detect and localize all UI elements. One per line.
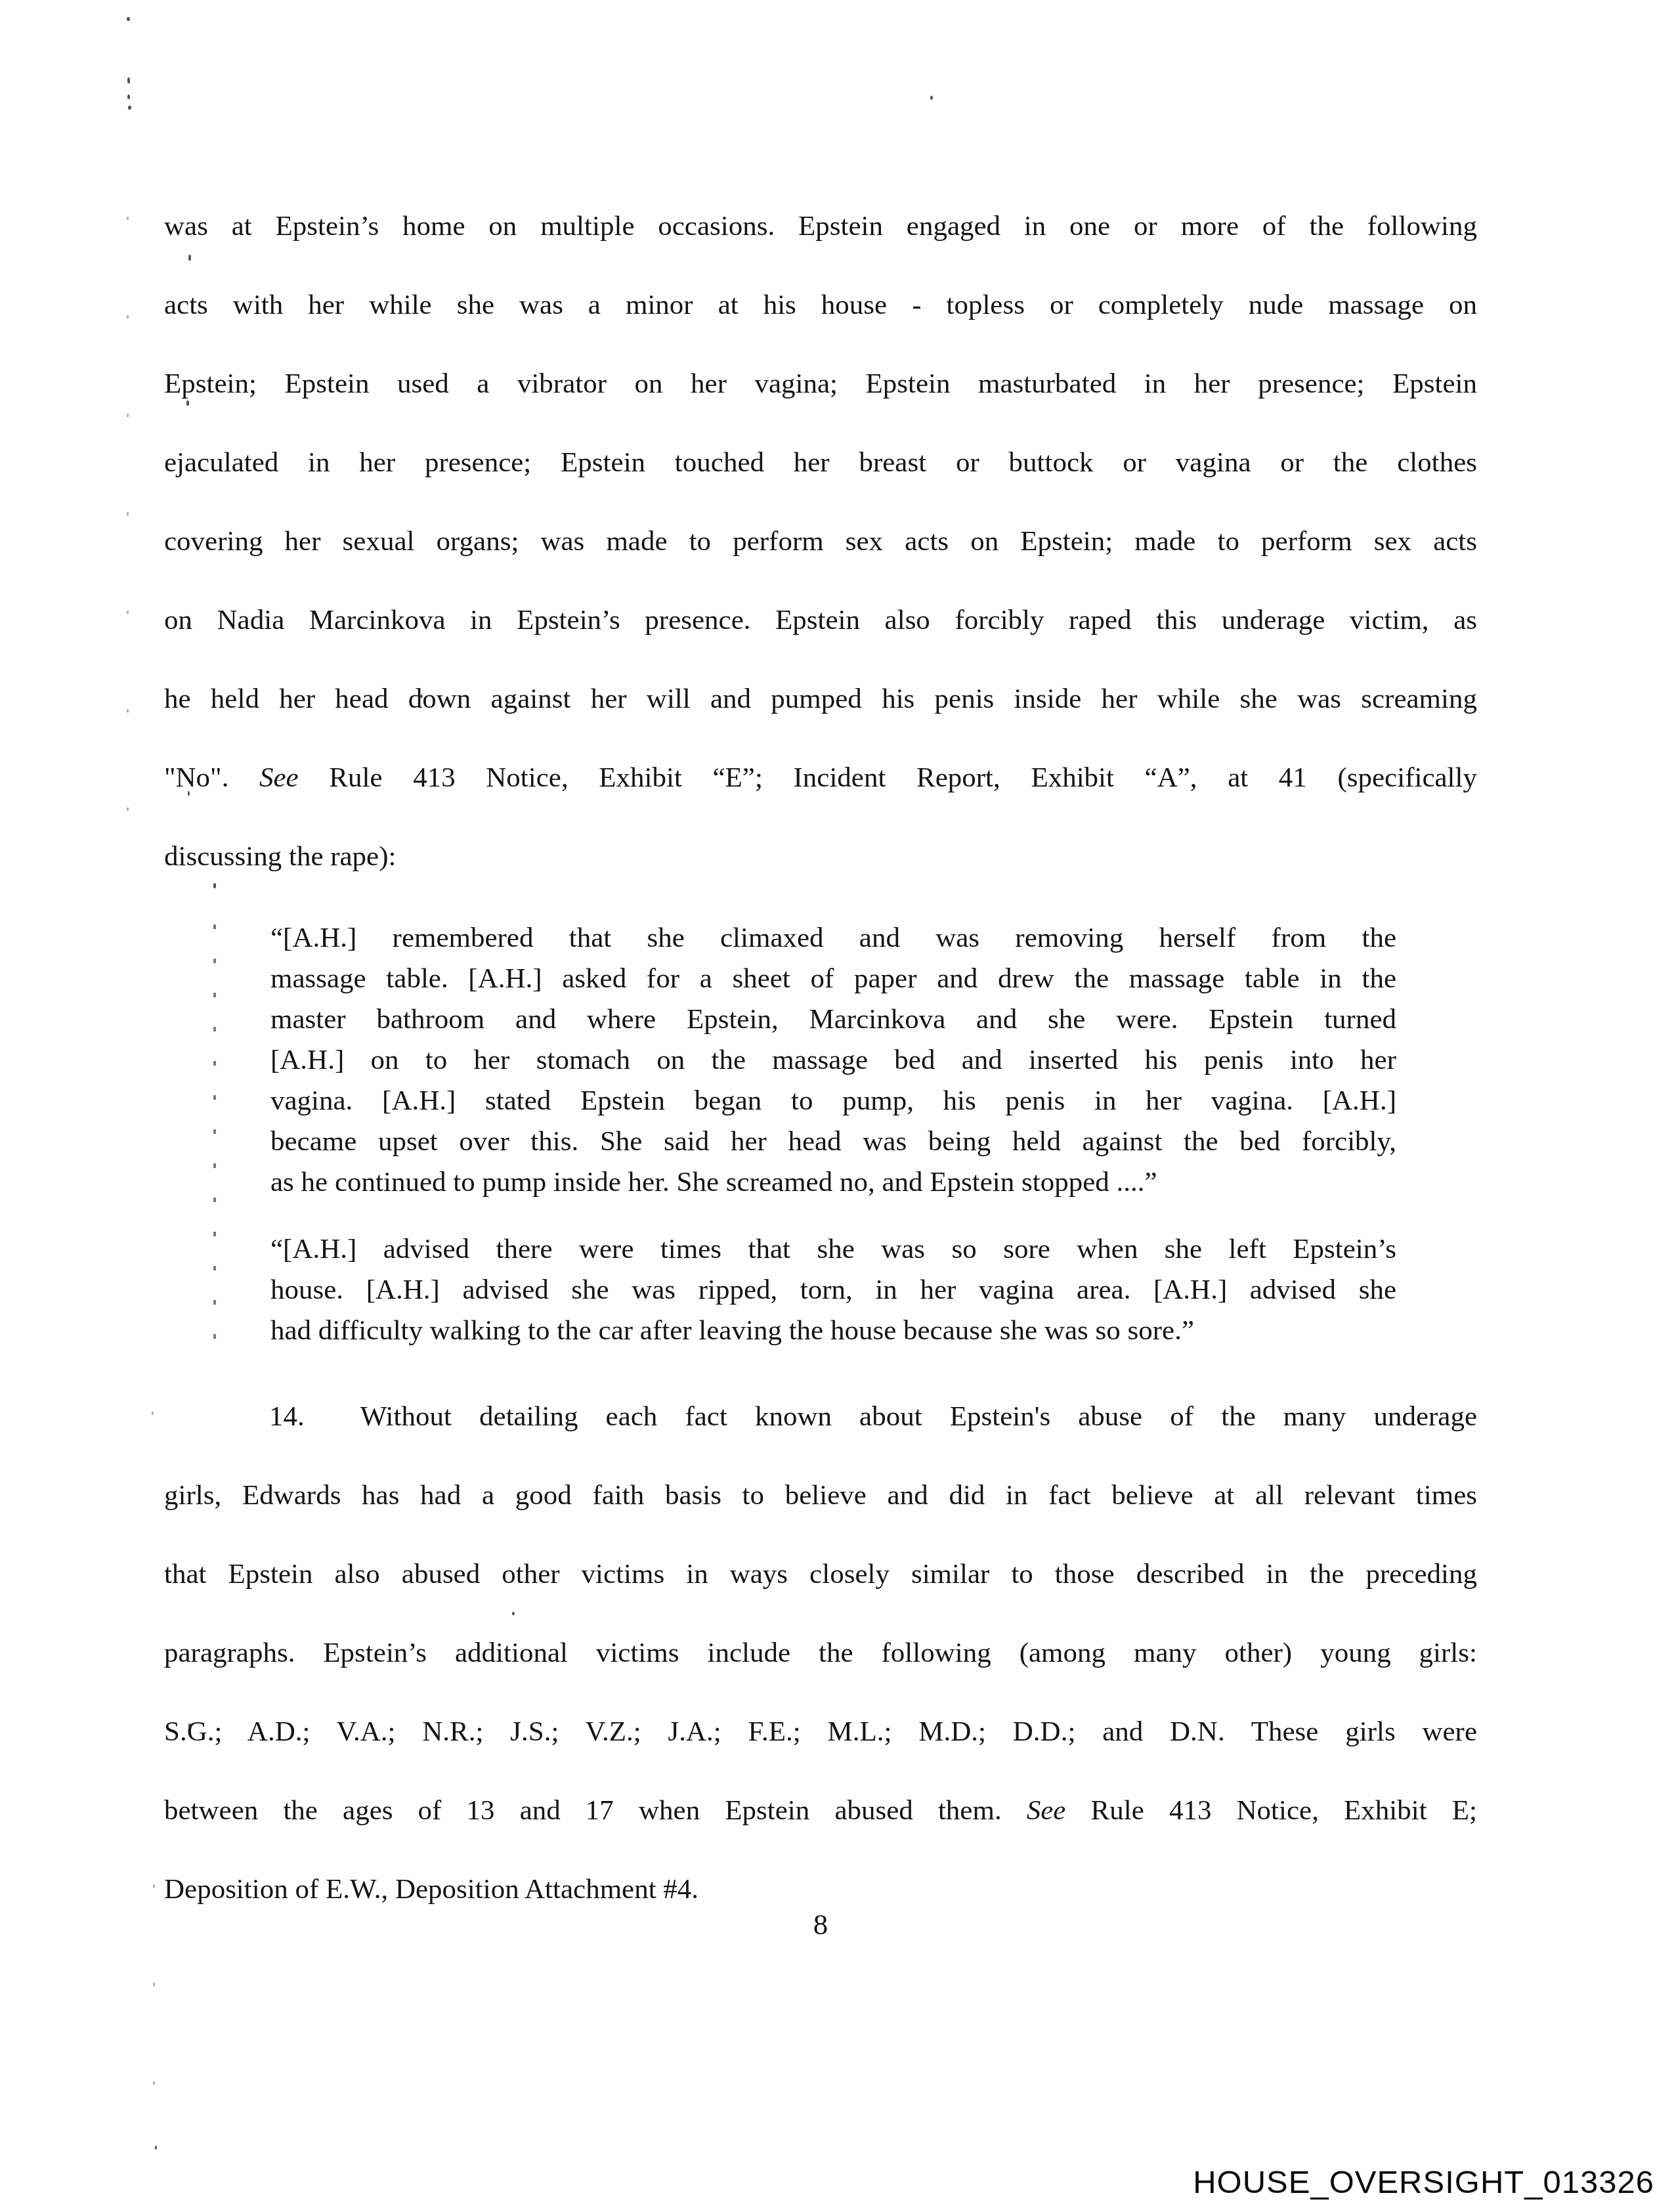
- scan-artifact-speck: [188, 791, 190, 796]
- scan-artifact-speck: [127, 17, 130, 21]
- scan-artifact-dotted-line: [152, 1412, 154, 1490]
- scan-artifact-speck: [188, 1724, 191, 1729]
- text-line: on Nadia Marcinkova in Epstein’s presenc…: [164, 581, 1477, 660]
- text-line: paragraphs. Epstein’s additional victims…: [164, 1614, 1477, 1693]
- text-run: 14.: [269, 1401, 305, 1432]
- text-line: master bathroom and where Epstein, Marci…: [270, 999, 1396, 1040]
- scan-artifact-speck: [420, 695, 423, 698]
- text-line: girls, Edwards has had a good faith basi…: [164, 1456, 1477, 1535]
- scan-artifact-speck: [213, 883, 216, 888]
- text-line: was at Epstein’s home on multiple occasi…: [164, 187, 1477, 266]
- text-run: Without detailing each fact known about …: [360, 1401, 1477, 1432]
- text-line: 14.Without detailing each fact known abo…: [164, 1377, 1477, 1456]
- italic-citation-signal: See: [1027, 1795, 1066, 1826]
- italic-citation-signal: See: [259, 762, 299, 793]
- text-line: “[A.H.] remembered that she climaxed and…: [270, 918, 1396, 959]
- text-line: covering her sexual organs; was made to …: [164, 502, 1477, 581]
- text-line: acts with her while she was a minor at h…: [164, 266, 1477, 345]
- text-line: [A.H.] on to her stomach on the massage …: [270, 1040, 1396, 1081]
- text-line: as he continued to pump inside her. She …: [270, 1162, 1396, 1203]
- text-line: had difficulty walking to the car after …: [270, 1311, 1396, 1351]
- text-run: Rule 413 Notice, Exhibit E;: [1065, 1795, 1477, 1826]
- text-run: Rule 413 Notice, Exhibit “E”; Incident R…: [299, 762, 1477, 793]
- scan-artifact-speck: [155, 2146, 157, 2150]
- page-number: 8: [164, 1907, 1477, 1941]
- text-run: between the ages of 13 and 17 when Epste…: [164, 1795, 1027, 1826]
- document-page: was at Epstein’s home on multiple occasi…: [0, 0, 1674, 2212]
- bates-stamp: HOUSE_OVERSIGHT_013326: [1193, 2164, 1654, 2201]
- scan-artifact-speck: [211, 854, 214, 857]
- scan-artifact-speck: [512, 1612, 515, 1615]
- text-line: S.G.; A.D.; V.A.; N.R.; J.S.; V.Z.; J.A.…: [164, 1693, 1477, 1771]
- text-line: became upset over this. She said her hea…: [270, 1121, 1396, 1162]
- scan-artifact-speck: [128, 106, 131, 110]
- scan-artifact-dotted-line: [153, 1884, 155, 2154]
- text-line: he held her head down against her will a…: [164, 660, 1477, 739]
- blockquote-incident-report-1: “[A.H.] remembered that she climaxed and…: [270, 918, 1396, 1203]
- scan-artifact-speck: [127, 77, 130, 83]
- blockquote-incident-report-2: “[A.H.] advised there were times that sh…: [270, 1229, 1396, 1351]
- paragraph-continuation: was at Epstein’s home on multiple occasi…: [164, 187, 1477, 896]
- text-line: vagina. [A.H.] stated Epstein began to p…: [270, 1081, 1396, 1121]
- text-line: that Epstein also abused other victims i…: [164, 1535, 1477, 1614]
- scan-artifact-dotted-line: [127, 217, 129, 900]
- scan-artifact-dotted-line: [213, 924, 216, 1353]
- text-line: between the ages of 13 and 17 when Epste…: [164, 1771, 1477, 1850]
- text-line: discussing the rape):: [164, 817, 1477, 896]
- text-line: Epstein; Epstein used a vibrator on her …: [164, 345, 1477, 423]
- text-line: "No". See Rule 413 Notice, Exhibit “E”; …: [164, 739, 1477, 817]
- paragraph-14: 14.Without detailing each fact known abo…: [164, 1377, 1477, 1929]
- text-run: "No".: [164, 762, 259, 793]
- scan-artifact-speck: [930, 96, 933, 100]
- text-line: “[A.H.] advised there were times that sh…: [270, 1229, 1396, 1270]
- text-line: ejaculated in her presence; Epstein touc…: [164, 423, 1477, 502]
- scan-artifact-speck: [188, 255, 191, 261]
- scan-artifact-speck: [187, 622, 190, 628]
- scan-artifact-speck: [127, 95, 130, 99]
- text-line: massage table. [A.H.] asked for a sheet …: [270, 959, 1396, 999]
- text-line: house. [A.H.] advised she was ripped, to…: [270, 1270, 1396, 1311]
- scan-artifact-speck: [186, 401, 189, 406]
